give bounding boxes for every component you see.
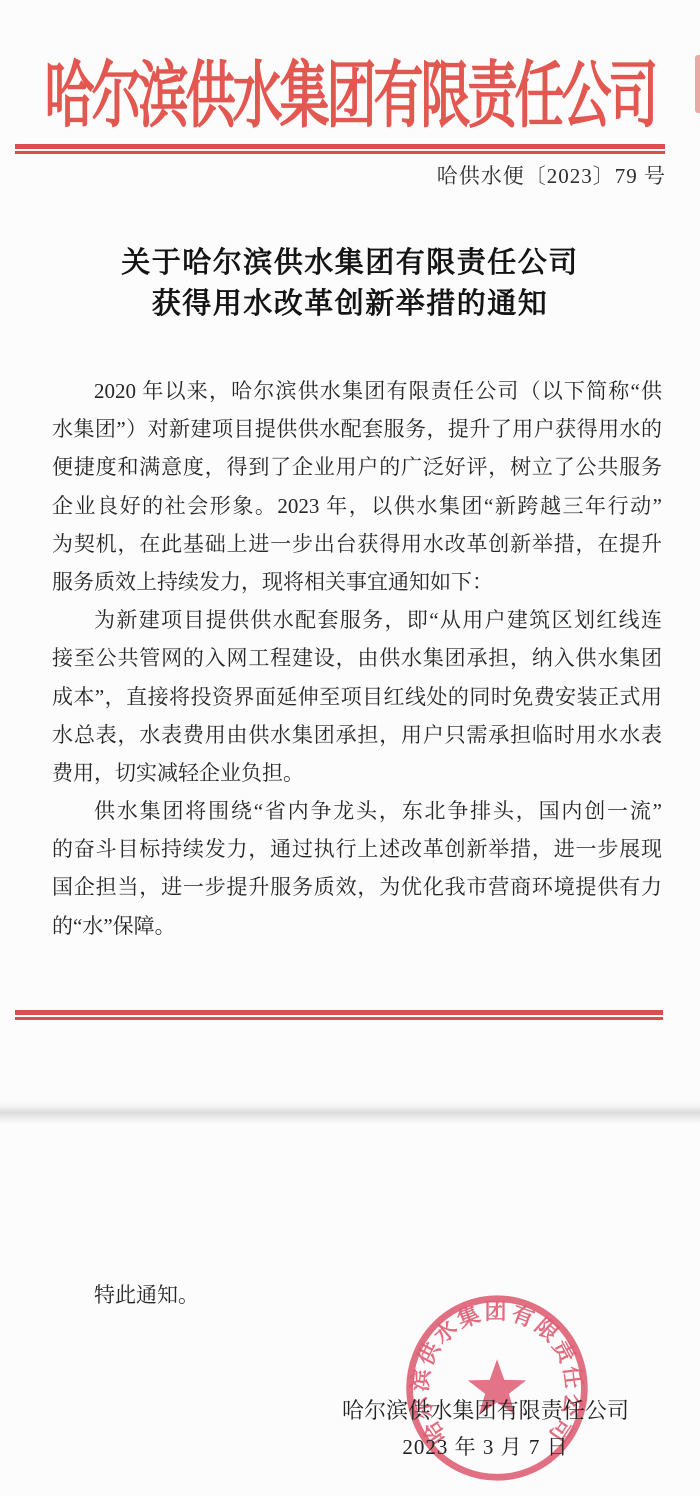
scanned-document: 哈尔滨供水集团有限责任公司 哈供水便〔2023〕79 号 关于哈尔滨供水集团有限… [0,0,700,1496]
body-line: 的“水”保障。 [52,907,662,945]
body-line: 为新建项目提供供水配套服务，即“从用户建筑区划红线连 [52,601,662,639]
body-line: 费用，切实减轻企业负担。 [52,754,662,792]
doc-title-line-2: 获得用水改革创新举措的通知 [0,284,700,325]
footer-separator-line [15,1010,663,1020]
body-line: 2020 年以来，哈尔滨供水集团有限责任公司（以下简称“供 [52,372,662,410]
scan-edge-artifact [695,55,700,113]
body-line: 水集团”）对新建项目提供供水配套服务，提升了用户获得用水的 [52,410,662,448]
body-line: 接至公共管网的入网工程建设，由供水集团承担，纳入供水集团 [52,639,662,677]
doc-body: 2020 年以来，哈尔滨供水集团有限责任公司（以下简称“供 水集团”）对新建项目… [52,372,662,945]
doc-number: 哈供水便〔2023〕79 号 [437,163,666,189]
org-name: 哈尔滨供水集团有限责任公司 [45,60,656,133]
doc-title-line-1: 关于哈尔滨供水集团有限责任公司 [0,243,700,284]
header-separator-line [15,144,665,154]
signature-date: 2023 年 3 月 7 日 [342,1434,629,1460]
signature-org-name: 哈尔滨供水集团有限责任公司 [342,1397,629,1424]
body-line: 成本”，直接将投资界面延伸至项目红线处的同时免费安装正式用 [52,678,662,716]
closing-notice: 特此通知。 [94,1282,199,1308]
body-line: 企业良好的社会形象。2023 年，以供水集团“新跨越三年行动” [52,487,662,525]
body-line: 供水集团将围绕“省内争龙头，东北争排头，国内创一流” [52,792,662,830]
doc-title: 关于哈尔滨供水集团有限责任公司 获得用水改革创新举措的通知 [0,243,700,325]
body-line: 水总表，水表费用由供水集团承担，用户只需承担临时用水水表 [52,716,662,754]
letterhead: 哈尔滨供水集团有限责任公司 [0,58,700,134]
body-line: 为契机，在此基础上进一步出台获得用水改革创新举措，在提升 [52,525,662,563]
body-line: 服务质效上持续发力，现将相关事宜通知如下： [52,563,662,601]
body-line: 的奋斗目标持续发力，通过执行上述改革创新举措，进一步展现 [52,830,662,868]
page-break-shadow [0,1100,700,1124]
body-line: 便捷度和满意度，得到了企业用户的广泛好评，树立了公共服务 [52,448,662,486]
body-line: 国企担当，进一步提升服务质效，为优化我市营商环境提供有力 [52,868,662,906]
